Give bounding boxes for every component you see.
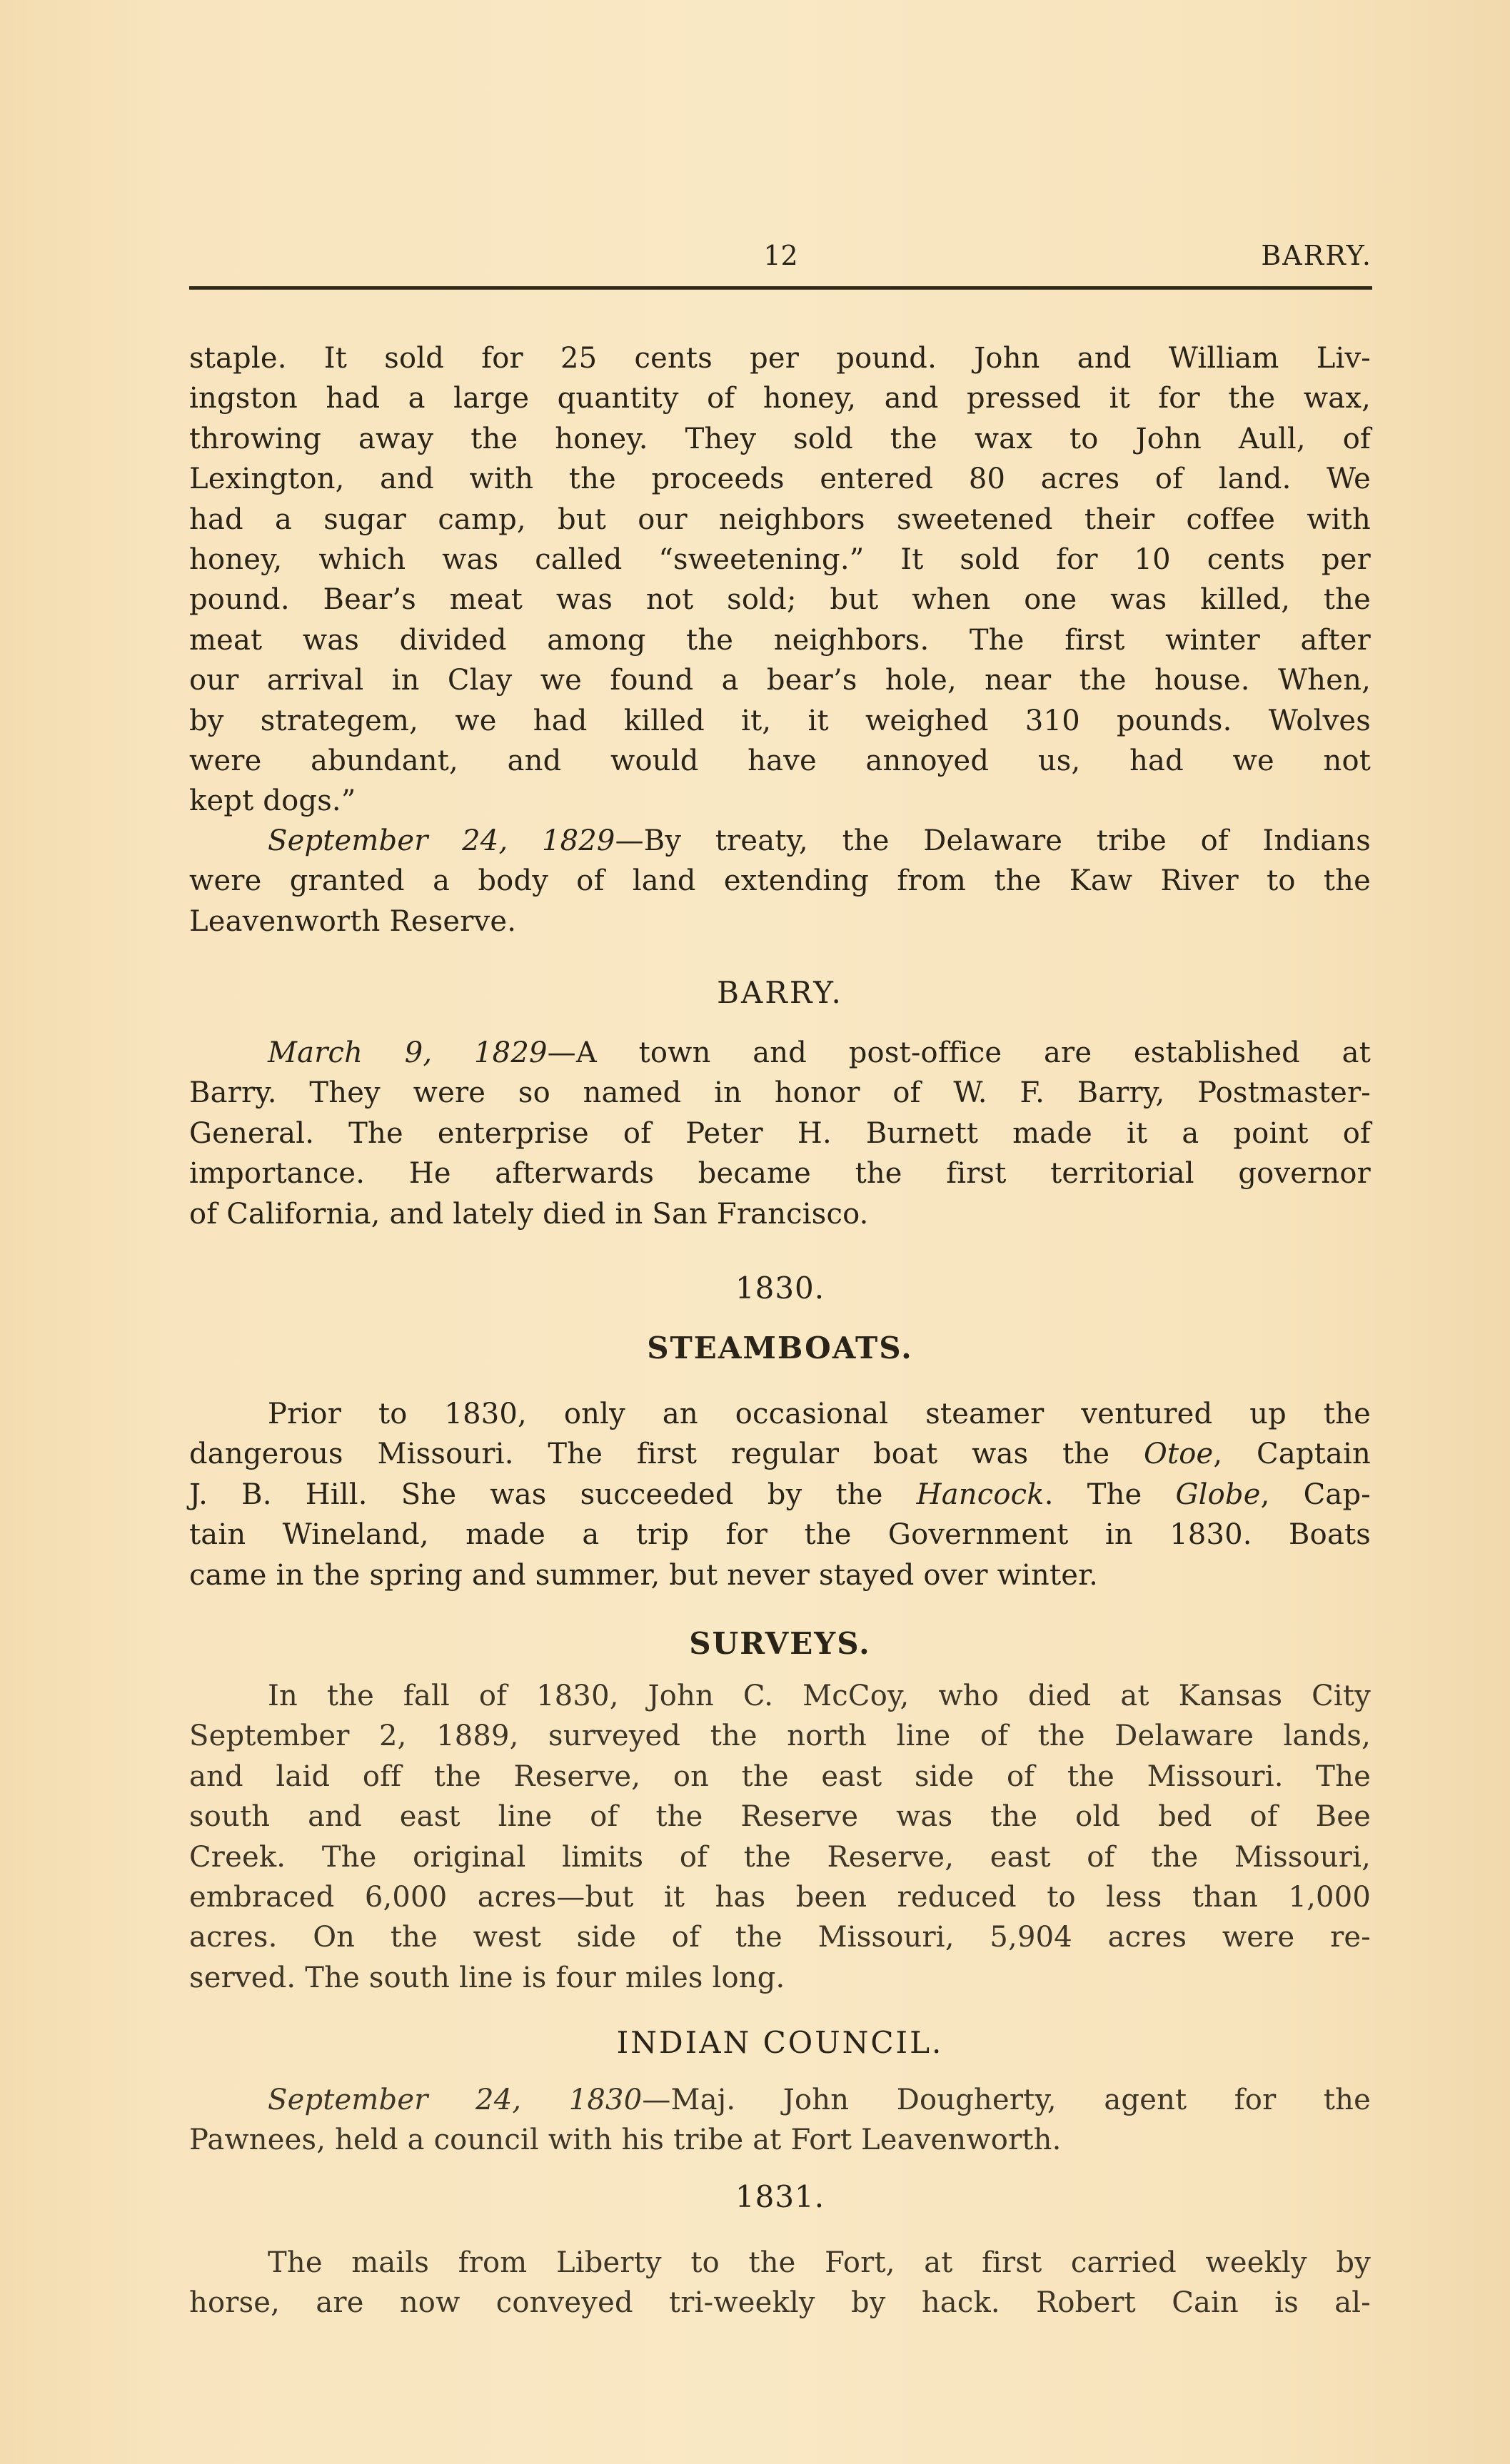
entry-date: March 9, 1829 <box>268 1036 548 1069</box>
text-line: honey, which was called “sweetening.” It… <box>189 540 1371 580</box>
text-line: In the fall of 1830, John C. McCoy, who … <box>189 1676 1371 1716</box>
running-head: 12 BARRY. <box>189 234 1372 277</box>
text-line: embraced 6,000 acres—but it has been red… <box>189 1877 1371 1917</box>
text-line: by strategem, we had killed it, it weigh… <box>189 701 1371 741</box>
entry-text: —Maj. John Dougherty, agent for the <box>642 2084 1371 2116</box>
text-line: September 2, 1889, surveyed the north li… <box>189 1716 1371 1756</box>
surveys-paragraph: In the fall of 1830, John C. McCoy, who … <box>189 1676 1371 1998</box>
entry-text: dangerous Missouri. The first regular bo… <box>189 1438 1144 1470</box>
text-line: acres. On the west side of the Missouri,… <box>189 1917 1371 1957</box>
text-line: of California, and lately died in San Fr… <box>189 1194 1371 1234</box>
section-heading-indian-council: INDIAN COUNCIL. <box>189 2023 1371 2063</box>
text-line: Pawnees, held a council with his tribe a… <box>189 2120 1371 2160</box>
indian-council-paragraph: September 24, 1830—Maj. John Dougherty, … <box>189 2080 1371 2161</box>
text-line: throwing away the honey. They sold the w… <box>189 419 1371 459</box>
text-line: importance. He afterwards became the fir… <box>189 1153 1371 1193</box>
text-line: J. B. Hill. She was succeeded by the Han… <box>189 1475 1371 1515</box>
text-line: south and east line of the Reserve was t… <box>189 1797 1371 1837</box>
text-line: Prior to 1830, only an occasional steame… <box>189 1394 1371 1434</box>
page-number: 12 <box>189 234 1372 277</box>
text-line: September 24, 1829—By treaty, the Delawa… <box>189 821 1371 861</box>
paragraph: September 24, 1829—By treaty, the Delawa… <box>189 821 1371 941</box>
running-title: BARRY. <box>1261 234 1372 277</box>
text-line: horse, are now conveyed tri-weekly by ha… <box>189 2283 1371 2323</box>
text-line: The mails from Liberty to the Fort, at f… <box>189 2243 1371 2283</box>
text-line: ingston had a large quantity of honey, a… <box>189 378 1371 418</box>
steamboats-paragraph: Prior to 1830, only an occasional steame… <box>189 1394 1371 1595</box>
paragraph: Prior to 1830, only an occasional steame… <box>189 1394 1371 1595</box>
entry-text: . The <box>1045 1478 1176 1511</box>
paragraph: The mails from Liberty to the Fort, at f… <box>189 2243 1371 2323</box>
text-line: our arrival in Clay we found a bear’s ho… <box>189 660 1371 700</box>
text-line: were granted a body of land extending fr… <box>189 861 1371 901</box>
entry-text: , Cap- <box>1261 1478 1371 1511</box>
text-line: dangerous Missouri. The first regular bo… <box>189 1434 1371 1474</box>
boat-name-globe: Globe <box>1176 1478 1261 1511</box>
continuation-paragraph: staple. It sold for 25 cents per pound. … <box>189 338 1371 822</box>
boat-name-otoe: Otoe <box>1144 1438 1213 1470</box>
text-line: March 9, 1829—A town and post-office are… <box>189 1033 1371 1073</box>
text-line: kept dogs.” <box>189 781 1371 821</box>
text-line: Barry. They were so named in honor of W.… <box>189 1073 1371 1113</box>
paragraph: staple. It sold for 25 cents per pound. … <box>189 338 1371 822</box>
barry-paragraph: March 9, 1829—A town and post-office are… <box>189 1033 1371 1234</box>
header-rule <box>189 286 1372 290</box>
text-line: were abundant, and would have annoyed us… <box>189 741 1371 781</box>
paragraph: March 9, 1829—A town and post-office are… <box>189 1033 1371 1234</box>
text-line: and laid off the Reserve, on the east si… <box>189 1757 1371 1797</box>
text-line: Leavenworth Reserve. <box>189 902 1371 941</box>
text-line: staple. It sold for 25 cents per pound. … <box>189 338 1371 378</box>
text-line: served. The south line is four miles lon… <box>189 1958 1371 1998</box>
entry-text: —A town and post-office are established … <box>548 1036 1371 1069</box>
text-line: had a sugar camp, but our neighbors swee… <box>189 500 1371 540</box>
paragraph: September 24, 1830—Maj. John Dougherty, … <box>189 2080 1371 2161</box>
entry-text: , Captain <box>1213 1438 1371 1470</box>
text-line: pound. Bear’s meat was not sold; but whe… <box>189 580 1371 620</box>
text-line: General. The enterprise of Peter H. Burn… <box>189 1114 1371 1153</box>
entry-date: September 24, 1830 <box>268 2084 642 2116</box>
treaty-paragraph: September 24, 1829—By treaty, the Delawa… <box>189 821 1371 941</box>
entry-date: September 24, 1829 <box>268 824 615 857</box>
mails-paragraph: The mails from Liberty to the Fort, at f… <box>189 2243 1371 2323</box>
year-heading-1831: 1831. <box>189 2177 1371 2217</box>
text-line: tain Wineland, made a trip for the Gover… <box>189 1515 1371 1555</box>
text-line: Creek. The original limits of the Reserv… <box>189 1837 1371 1877</box>
section-heading-barry: BARRY. <box>189 973 1371 1013</box>
entry-text: J. B. Hill. She was succeeded by the <box>189 1478 917 1511</box>
boat-name-hancock: Hancock <box>917 1478 1045 1511</box>
text-line: came in the spring and summer, but never… <box>189 1555 1371 1595</box>
entry-text: —By treaty, the Delaware tribe of Indian… <box>615 824 1371 857</box>
section-heading-surveys: SURVEYS. <box>189 1624 1371 1664</box>
year-heading-1830: 1830. <box>189 1268 1371 1308</box>
text-line: meat was divided among the neighbors. Th… <box>189 620 1371 660</box>
book-page: 12 BARRY. staple. It sold for 25 cents p… <box>0 0 1510 2464</box>
section-heading-steamboats: STEAMBOATS. <box>189 1328 1371 1368</box>
paragraph: In the fall of 1830, John C. McCoy, who … <box>189 1676 1371 1998</box>
text-line: September 24, 1830—Maj. John Dougherty, … <box>189 2080 1371 2120</box>
text-line: Lexington, and with the proceeds entered… <box>189 459 1371 499</box>
